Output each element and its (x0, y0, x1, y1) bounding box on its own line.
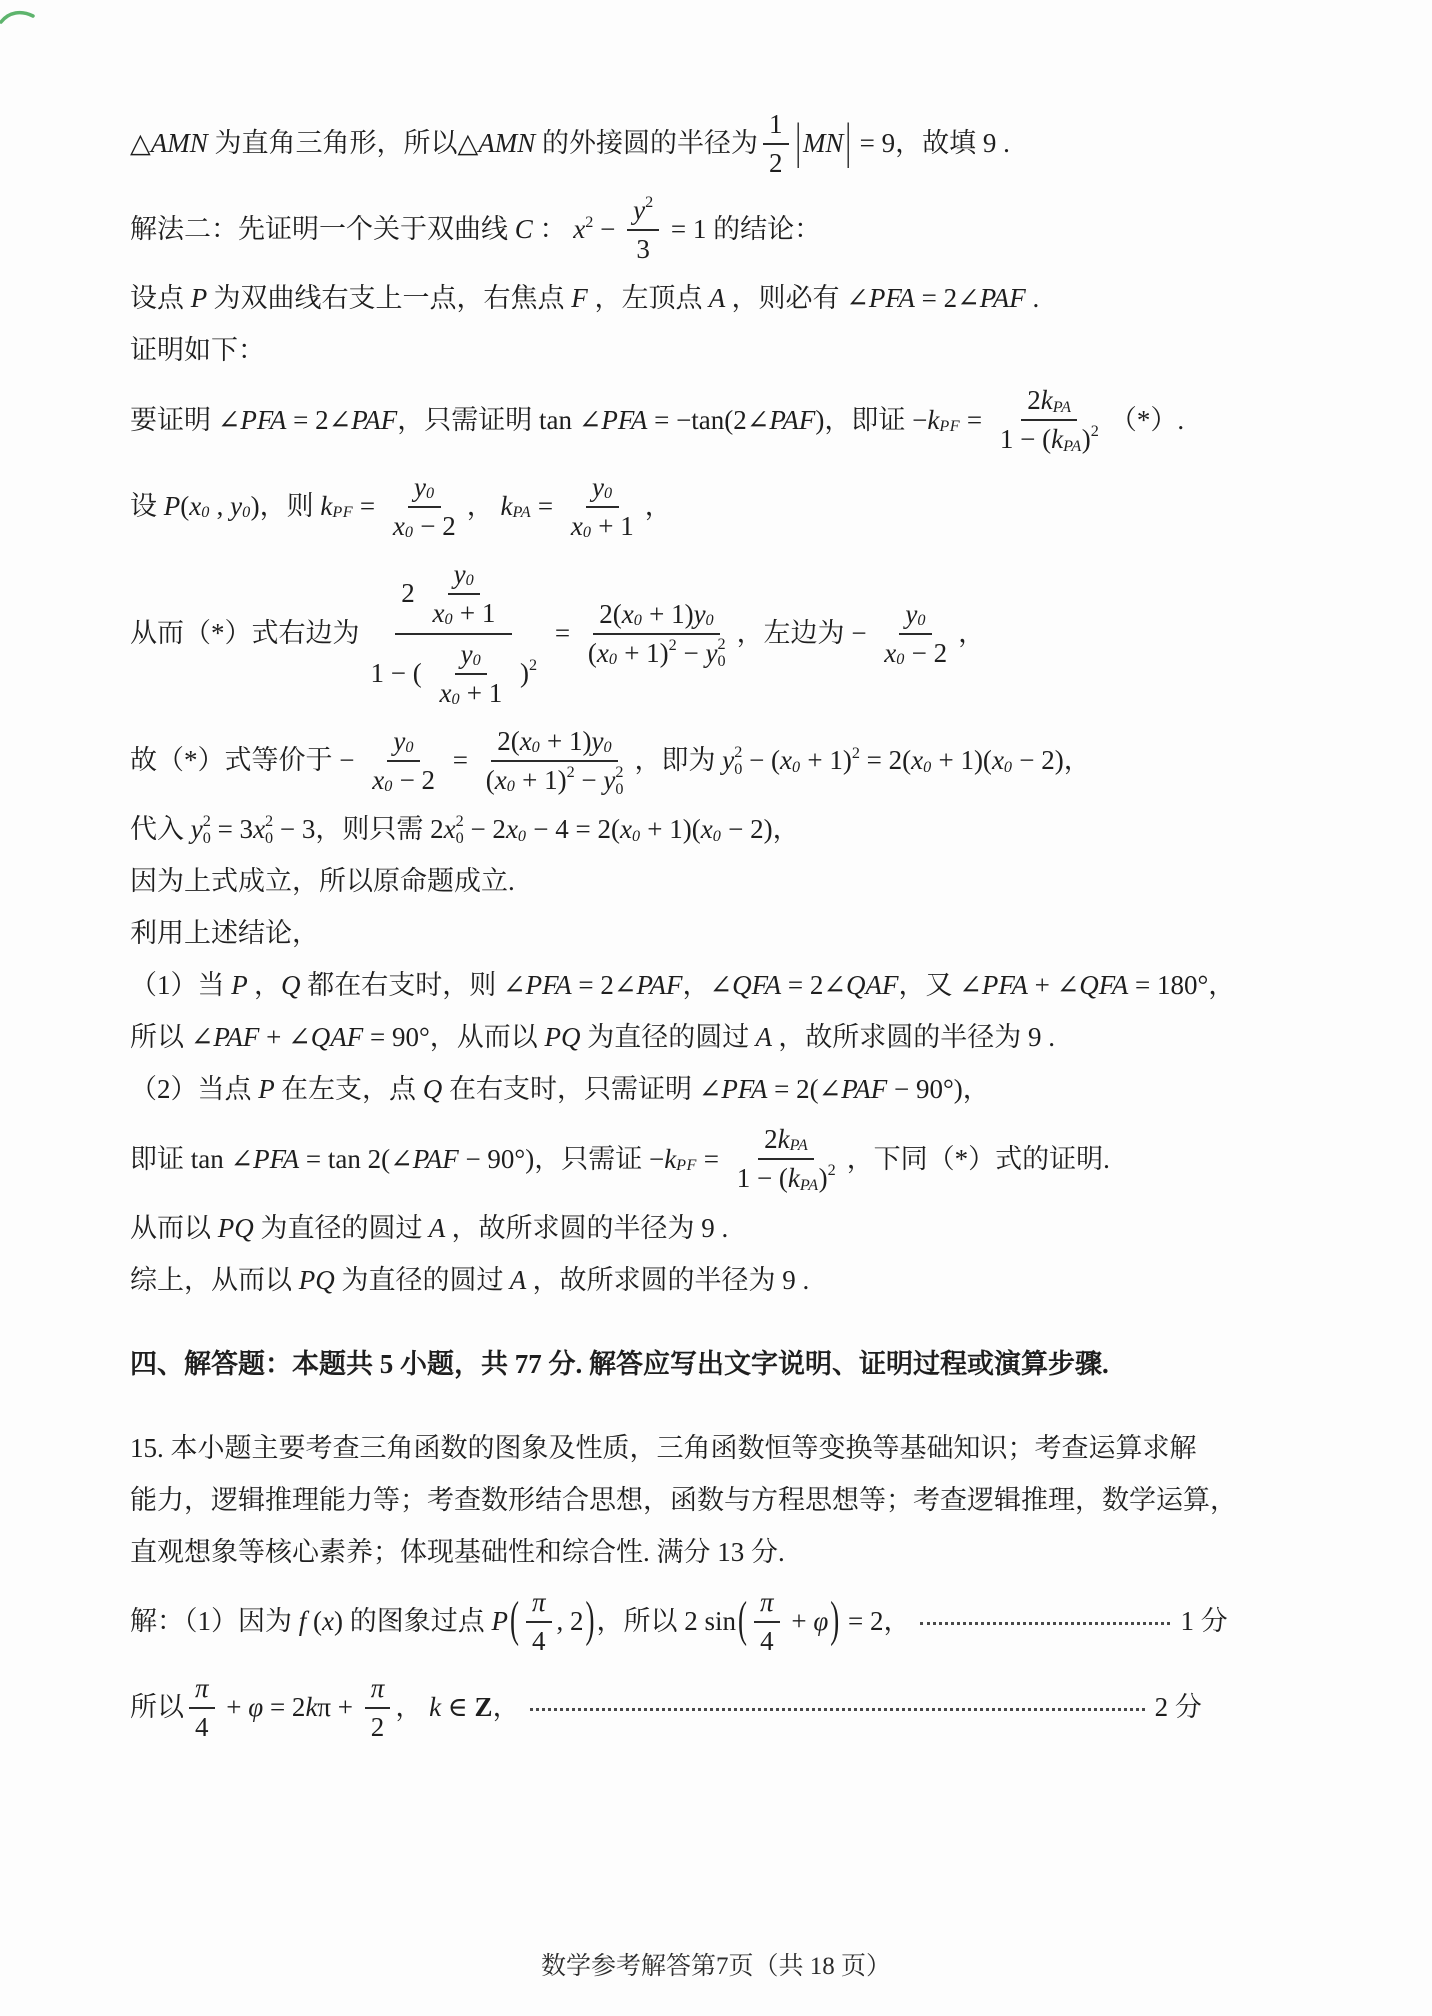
fraction-numerator: 2kPA (1021, 382, 1077, 421)
text-run: ： (540, 211, 574, 249)
roman-math-run: ∈ (441, 1689, 475, 1727)
subscript: 0 (507, 776, 516, 797)
big-delimiter: ) (586, 1585, 595, 1655)
roman-math-run: ∠ (692, 1071, 721, 1109)
text-run: 因为上式成立，所以原命题成立. (130, 863, 515, 901)
italic-math-run: PAF (841, 1071, 887, 1109)
roman-math-run: = 2∠ (572, 967, 637, 1005)
roman-math-run: + 1) (540, 724, 591, 759)
text-run: 在左支，点 (281, 1071, 416, 1109)
roman-math-run: ∠ (496, 967, 525, 1005)
text-run: 分 (1194, 1603, 1228, 1641)
text-run: ，左顶点 (595, 280, 703, 318)
italic-math-run: x (780, 742, 792, 780)
fraction-denominator: x0 − 2 (387, 508, 462, 545)
fraction-numerator: y0 (448, 556, 481, 595)
roman-math-run: ∠ (710, 967, 733, 1005)
text-run: 分 (1168, 1689, 1202, 1727)
sub-sup-stack: 20 (456, 813, 464, 847)
text-run: ， (493, 1689, 520, 1727)
roman-math-run: + 1)( (932, 742, 992, 780)
fraction-numerator: π (365, 1670, 391, 1709)
superscript: 2 (615, 764, 623, 781)
italic-math-run: x (372, 763, 384, 798)
fraction-denominator: x0 − 2 (878, 635, 953, 672)
roman-math-run: + 1) (515, 763, 566, 798)
text-run: ，所以 (597, 1603, 678, 1641)
document-line: 所以π4 + φ = 2kπ + π2， k ∈ Z，2 分 (130, 1670, 1320, 1746)
document-page: △AMN 为直角三角形，所以△AMN 的外接圆的半径为12|MN| = 9，故填… (0, 0, 1432, 2016)
italic-math-run: MN (803, 125, 844, 163)
fraction: π4 (526, 1584, 552, 1660)
italic-math-run: k (664, 1141, 676, 1179)
roman-math-run: − 2 (905, 636, 947, 671)
subscript: 0 (201, 501, 210, 524)
fraction-denominator: x0 + 1 (433, 675, 508, 712)
italic-math-run: φ (813, 1603, 828, 1641)
roman-math-run: = (353, 488, 382, 526)
fraction: y0x0 + 1 (427, 556, 502, 632)
page-footer: 数学参考解答第7页（共 18 页） (0, 1946, 1432, 1982)
subscript: 0 (265, 830, 273, 847)
roman-math-run: − (593, 211, 622, 249)
roman-math-run: − 2 (464, 811, 506, 849)
roman-math-run: − (677, 636, 706, 671)
roman-math-run: + (220, 1689, 249, 1727)
roman-math-run: tan ∠ (532, 402, 601, 440)
subscript: 0 (451, 689, 460, 710)
subscript: PF (676, 1154, 697, 1177)
roman-math-run: + (785, 1603, 814, 1641)
italic-math-run: PAF (769, 402, 815, 440)
sub-sup-stack: 20 (734, 744, 742, 778)
italic-math-run: PFA (240, 402, 286, 440)
fraction-numerator: y0 (408, 469, 441, 508)
fraction: y0x0 − 2 (387, 469, 462, 545)
superscript: 2 (828, 1160, 836, 1181)
document-line: （1）当 P ，Q 都在右支时，则 ∠PFA = 2∠PAF，∠QFA = 2∠… (130, 965, 1320, 1007)
subscript: PA (512, 501, 531, 524)
dotted-leader (530, 1705, 1145, 1711)
text-run: △ (130, 125, 151, 163)
roman-math-run: = tan 2(∠ (299, 1141, 413, 1179)
italic-math-run: x (439, 676, 451, 711)
text-run: 所以 (130, 1019, 184, 1057)
text-run: 为直径的圆过 (342, 1262, 504, 1300)
text-run: ，只需证 (534, 1141, 642, 1179)
subscript: 0 (917, 610, 926, 631)
fraction-denominator: 1 − (kPA)2 (731, 1160, 842, 1197)
italic-math-run: k (778, 1122, 790, 1157)
subscript: 0 (632, 825, 641, 848)
fraction-denominator: x0 − 2 (366, 762, 441, 799)
subscript: 0 (717, 653, 725, 670)
fraction-denominator: 2 (763, 145, 789, 182)
italic-math-run: F (565, 280, 595, 318)
subscript: PA (790, 1135, 809, 1156)
sub-sup-stack: 20 (265, 813, 273, 847)
italic-math-run: P (157, 488, 180, 526)
subscript: 0 (734, 761, 742, 778)
document-body: △AMN 为直角三角形，所以△AMN 的外接圆的半径为12|MN| = 9，故填… (130, 96, 1320, 1756)
subscript: 0 (896, 649, 905, 670)
roman-math-run: = 9 (853, 125, 895, 163)
fraction-numerator: y0 (387, 723, 420, 762)
text-run: ， (645, 488, 672, 526)
fraction: 2(x0 + 1)y0(x0 + 1)2 − y20 (480, 723, 630, 799)
text-run: 从而（*）式右边为 (130, 615, 360, 653)
italic-math-run: PFA (601, 402, 647, 440)
roman-math-run: ) (251, 488, 260, 526)
italic-math-run: PFA (721, 1071, 767, 1109)
roman-math-run: 3 (636, 232, 650, 267)
text-run: 15. 本小题主要考查三角函数的图象及性质，三角函数恒等变换等基础知识；考查运算… (130, 1430, 1197, 1468)
text-run: 为直径的圆过 (587, 1019, 749, 1057)
italic-math-run: y (230, 488, 242, 526)
italic-math-run: y (591, 724, 603, 759)
text-run: ，从而以 (430, 1019, 538, 1057)
fraction-denominator: x0 + 1 (565, 508, 640, 545)
text-run: ， (1208, 967, 1235, 1005)
roman-math-run: 1 − ( (371, 656, 429, 691)
subscript: 0 (634, 610, 643, 631)
subscript: 0 (445, 609, 454, 630)
italic-math-run: AMN (151, 125, 208, 163)
italic-math-run: y (454, 557, 466, 592)
roman-math-run: = (960, 402, 989, 440)
superscript: 2 (203, 813, 211, 830)
fraction-numerator: y2 (627, 192, 659, 231)
text-run: ，只需证明 (397, 402, 532, 440)
fraction: 2(x0 + 1)y0(x0 + 1)2 − y20 (582, 596, 732, 672)
italic-math-run: x (393, 509, 405, 544)
roman-math-run: − 2) (721, 811, 772, 849)
roman-math-run: ∠ (184, 1019, 213, 1057)
roman-math-run: = 2(∠ (767, 1071, 841, 1109)
superscript: 2 (265, 813, 273, 830)
roman-math-run: − 4 = 2( (527, 811, 620, 849)
text-run: 四、解答题：本题共 5 小题，共 77 分. 解答应写出文字说明、证明过程或演算… (130, 1346, 1109, 1384)
document-line: 所以 ∠PAF + ∠QAF = 90°，从而以 PQ 为直径的圆过 A ，故所… (130, 1017, 1320, 1059)
italic-math-run: AMN (478, 125, 535, 163)
fraction: y23 (627, 192, 659, 268)
roman-math-run: 1 (1180, 1603, 1194, 1641)
subscript: 0 (604, 483, 613, 504)
text-run: ，下同（*）式的证明. (847, 1141, 1110, 1179)
roman-math-run: 2 (401, 576, 421, 611)
document-line: 从而以 PQ 为直径的圆过 A ，故所求圆的半径为 9 . (130, 1208, 1320, 1250)
italic-math-run: k (500, 488, 512, 526)
roman-math-run: = 2 (841, 1603, 883, 1641)
roman-math-run: , 2 (557, 1603, 584, 1641)
fraction: y0x0 + 1 (565, 469, 640, 545)
italic-math-run: φ (248, 1689, 263, 1727)
italic-math-run: y (705, 636, 717, 671)
italic-math-run: x (322, 1603, 334, 1641)
roman-math-run: + 1) (801, 742, 852, 780)
subscript: 0 (242, 501, 251, 524)
text-run: 能力，逻辑推理能力等；考查数形结合思想，函数与方程思想等；考查逻辑推理，数学运算… (130, 1482, 1237, 1520)
subscript: 0 (583, 522, 592, 543)
roman-math-run: 2 (764, 1122, 778, 1157)
text-run: ，故填 9 . (895, 125, 1010, 163)
text-run: ，又 (898, 967, 952, 1005)
italic-math-run: y (414, 470, 426, 505)
roman-math-run: ) (1082, 422, 1091, 457)
document-line: 代入 y20 = 3x20 − 3，则只需 2x20 − 2x0 − 4 = 2… (130, 809, 1320, 851)
text-run: 直观想象等核心素养；体现基础性和综合性. 满分 13 分. (130, 1534, 785, 1572)
text-run: 综上，从而以 (130, 1262, 292, 1300)
italic-math-run: y (715, 742, 734, 780)
text-run: 的图象过点 (343, 1603, 485, 1641)
subscript: 0 (923, 756, 932, 779)
text-run: 都在右支时，则 (301, 967, 497, 1005)
roman-math-run: 2 (423, 811, 443, 849)
roman-math-run: ) (334, 1603, 343, 1641)
subscript: PF (939, 415, 960, 438)
fraction-denominator: x0 + 1 (427, 595, 502, 632)
subscript: 0 (615, 781, 623, 798)
fraction-denominator: 3 (630, 231, 656, 268)
italic-math-run: PQ (211, 1210, 261, 1248)
roman-math-run: = 2 (263, 1689, 305, 1727)
fraction-numerator: 2 y0x0 + 1 (395, 555, 512, 635)
text-run: ，故所求圆的半径为 9 . (778, 1019, 1055, 1057)
roman-math-run: 1 (769, 107, 783, 142)
text-run: 解法二：先证明一个关于双曲线 (130, 211, 508, 249)
italic-math-run: P (485, 1603, 508, 1641)
superscript: 2 (852, 742, 860, 765)
sub-sup-stack: 20 (615, 764, 623, 798)
italic-math-run: x (701, 811, 713, 849)
text-run: ， (683, 967, 710, 1005)
fraction-numerator: π (754, 1584, 780, 1623)
roman-math-run: + 1) (642, 597, 693, 632)
italic-math-run: x (573, 211, 585, 249)
fraction: π4 (189, 1670, 215, 1746)
text-run: ， (1064, 742, 1091, 780)
subscript: 0 (384, 776, 393, 797)
italic-math-run: y (393, 724, 405, 759)
text-run: ， (883, 1603, 910, 1641)
italic-math-run: x (911, 742, 923, 780)
superscript: 2 (456, 813, 464, 830)
italic-math-run: k (429, 1689, 441, 1727)
roman-math-run: = 3 (211, 811, 253, 849)
roman-math-run: + 1) (617, 636, 668, 671)
roman-math-run: = 2( (860, 742, 911, 780)
roman-math-run: 2 (769, 146, 783, 181)
document-line: 因为上式成立，所以原命题成立. (130, 861, 1320, 903)
roman-math-run: + ∠ (259, 1019, 310, 1057)
superscript: 2 (567, 762, 575, 783)
bold-math-run: Z (475, 1689, 493, 1727)
roman-math-run: = (697, 1141, 726, 1179)
text-run: 所以 (130, 1689, 184, 1727)
text-run: 为双曲线右支上一点，右焦点 (214, 280, 565, 318)
roman-math-run: 2( (497, 724, 520, 759)
text-run: ，则只需 (315, 811, 423, 849)
document-line: 即证 tan ∠PFA = tan 2(∠PAF − 90°)，只需证 −kPF… (130, 1121, 1320, 1197)
roman-math-run: + 1 (460, 676, 502, 711)
roman-math-run: 4 (532, 1624, 546, 1659)
text-run: 的结论： (706, 211, 821, 249)
text-run: 从而以 (130, 1210, 211, 1248)
text-run: ，故所求圆的半径为 9 . (533, 1262, 810, 1300)
italic-math-run: P (252, 1071, 282, 1109)
document-line: （2）当点 P 在左支，点 Q 在右支时，只需证明 ∠PFA = 2(∠PAF … (130, 1069, 1320, 1111)
text-run: ， (395, 1689, 429, 1727)
roman-math-run: − (333, 742, 362, 780)
italic-math-run: y (694, 597, 706, 632)
italic-math-run: π (371, 1671, 385, 1706)
fraction-denominator: 2 (365, 1709, 391, 1746)
subscript: 0 (603, 737, 612, 758)
text-run: 设点 (130, 280, 184, 318)
roman-math-run: 2 (1027, 383, 1041, 418)
text-run: 在右支时，只需证明 (449, 1071, 692, 1109)
fraction-numerator: 2(x0 + 1)y0 (491, 723, 618, 762)
dotted-leader (920, 1619, 1170, 1625)
roman-math-run: = 2∠ (286, 402, 351, 440)
subscript: 0 (405, 522, 414, 543)
roman-math-run: ( (588, 636, 597, 671)
italic-math-run: A (423, 1210, 452, 1248)
text-run: ，则 (260, 488, 314, 526)
roman-math-run: + 1 (591, 509, 633, 544)
subscript: PA (1063, 436, 1082, 457)
roman-math-run: 4 (195, 1710, 209, 1745)
document-line: 能力，逻辑推理能力等；考查数形结合思想，函数与方程思想等；考查逻辑推理，数学运算… (130, 1480, 1320, 1522)
big-delimiter: | (796, 108, 801, 178)
roman-math-run: = (548, 615, 577, 653)
roman-math-run: 2 sin (678, 1603, 737, 1641)
italic-math-run: π (195, 1671, 209, 1706)
italic-math-run: x (620, 811, 632, 849)
document-line: 直观想象等核心素养；体现基础性和综合性. 满分 13 分. (130, 1532, 1320, 1574)
italic-math-run: f (292, 1603, 313, 1641)
roman-math-run: 2( (599, 597, 622, 632)
text-run: ， (467, 488, 501, 526)
fraction: y0x0 − 2 (878, 596, 953, 672)
italic-math-run: k (1051, 422, 1063, 457)
italic-math-run: C (508, 211, 540, 249)
italic-math-run: PFA (982, 967, 1028, 1005)
subscript: 0 (456, 830, 464, 847)
italic-math-run: π (760, 1585, 774, 1620)
subscript: 0 (532, 737, 541, 758)
roman-math-run: ( (313, 1603, 322, 1641)
text-run: ， (958, 615, 985, 653)
fraction-numerator: π (189, 1670, 215, 1709)
superscript: 2 (1091, 421, 1099, 442)
fraction-denominator: 4 (754, 1623, 780, 1660)
italic-math-run: x (622, 597, 634, 632)
roman-math-run: − 90°) (887, 1071, 963, 1109)
roman-math-run: − 2 (393, 763, 435, 798)
big-delimiter: ( (738, 1585, 747, 1655)
roman-math-run: − 90°) (459, 1141, 535, 1179)
text-run: ， (773, 811, 800, 849)
document-line: 证明如下： (130, 330, 1320, 372)
italic-math-run: QAF (846, 967, 898, 1005)
italic-math-run: π (532, 1585, 546, 1620)
roman-math-run: 1 − ( (737, 1161, 788, 1196)
italic-math-run: x (992, 742, 1004, 780)
text-run: （1）当 (130, 967, 225, 1005)
text-run: 解：（1）因为 (130, 1603, 292, 1641)
italic-math-run: Q (416, 1071, 449, 1109)
document-line: 设 P(x0 , y0)，则 kPF = y0x0 − 2， kPA = y0x… (130, 469, 1320, 545)
italic-math-run: y (592, 470, 604, 505)
fraction-numerator: 2(x0 + 1)y0 (593, 596, 720, 635)
roman-math-run: tan ∠ (184, 1141, 253, 1179)
italic-math-run: PAF (351, 402, 397, 440)
document-line: △AMN 为直角三角形，所以△AMN 的外接圆的半径为12|MN| = 9，故填… (130, 106, 1320, 182)
big-delimiter: | (845, 108, 850, 178)
italic-math-run: y (461, 637, 473, 672)
italic-math-run: x (520, 724, 532, 759)
fraction-numerator: π (526, 1584, 552, 1623)
subscript: 0 (203, 830, 211, 847)
superscript: 2 (645, 192, 653, 213)
subscript: PA (1053, 397, 1072, 418)
sub-sup-stack: 20 (203, 813, 211, 847)
italic-math-run: x (597, 636, 609, 671)
roman-math-run: − (845, 615, 874, 653)
italic-math-run: x (506, 811, 518, 849)
big-delimiter: ) (830, 1585, 839, 1655)
roman-math-run: ∠ (952, 967, 981, 1005)
italic-math-run: x (189, 488, 201, 526)
document-line: 解：（1）因为 f (x) 的图象过点 P(π4, 2)，所以 2 sin(π4… (130, 1584, 1320, 1660)
italic-math-run: x (433, 596, 445, 631)
fraction-numerator: y0 (455, 636, 488, 675)
italic-math-run: y (603, 763, 615, 798)
roman-math-run: , (210, 488, 230, 526)
subscript: PF (332, 501, 353, 524)
subscript: 0 (609, 649, 618, 670)
big-delimiter: ( (510, 1585, 519, 1655)
superscript: 2 (585, 211, 593, 234)
italic-math-run: k (314, 488, 333, 526)
text-run: 为直角三角形，所以△ (208, 125, 479, 163)
fraction-numerator: 1 (763, 106, 789, 145)
italic-math-run: PFA (526, 967, 572, 1005)
italic-math-run: PFA (869, 280, 915, 318)
fraction-denominator: 4 (189, 1709, 215, 1746)
italic-math-run: A (749, 1019, 778, 1057)
roman-math-run: − 3 (273, 811, 315, 849)
roman-math-run: = 90° (363, 1019, 430, 1057)
roman-math-run: = 180° (1128, 967, 1208, 1005)
text-run: 的外接圆的半径为 (535, 125, 758, 163)
roman-math-run: ∠ (840, 280, 869, 318)
superscript: 2 (529, 655, 537, 676)
subscript: 0 (713, 825, 722, 848)
roman-math-run: = (446, 742, 475, 780)
roman-math-run: = 1 (664, 211, 706, 249)
italic-math-run: PAF (980, 280, 1026, 318)
italic-math-run: PQ (292, 1262, 342, 1300)
fraction-denominator: 4 (526, 1623, 552, 1660)
document-line: 综上，从而以 PQ 为直径的圆过 A ，故所求圆的半径为 9 . (130, 1260, 1320, 1302)
roman-math-run: 2 (1155, 1689, 1169, 1727)
roman-math-run: ( (486, 763, 495, 798)
roman-math-run: − 2) (1013, 742, 1064, 780)
scanner-artifact-mark (0, 5, 36, 29)
italic-math-run: PQ (538, 1019, 588, 1057)
